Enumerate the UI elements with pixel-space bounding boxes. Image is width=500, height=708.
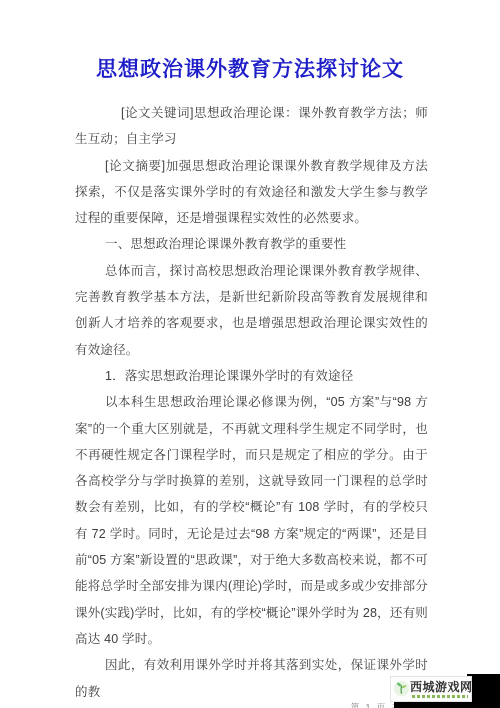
sprout-leaf-icon <box>393 680 410 697</box>
abstract-paragraph: [论文摘要]加强思想政治理论课课外教育教学规律及方法探索，不仅是落实课外学时的有… <box>75 153 428 232</box>
closing-paragraph: 因此，有效利用课外学时并将其落到实处，保证课外学时的教 <box>75 652 428 705</box>
subsection-1-body: 以本科生思想政治理论课必修课为例，“05 方案”与“98 方案”的一个重大区别就… <box>75 389 428 652</box>
watermark: 西城游戏网 <box>390 676 472 702</box>
section-1-heading: 一、思想政治理论课课外教育教学的重要性 <box>75 231 428 257</box>
page-title: 思想政治课外教育方法探讨论文 <box>0 56 500 84</box>
page-number: 第 1 页 共 8 页 <box>75 701 428 708</box>
subsection-1-heading: 1．落实思想政治理论课课外学时的有效途径 <box>75 363 428 389</box>
document-body: [论文关键词]思想政治理论课：课外教育教学方法；师生互动；自主学习 [论文摘要]… <box>75 100 428 705</box>
document-page: 思想政治课外教育方法探讨论文 [论文关键词]思想政治理论课：课外教育教学方法；师… <box>0 0 500 708</box>
watermark-tagline <box>412 695 468 698</box>
keywords-paragraph: [论文关键词]思想政治理论课：课外教育教学方法；师生互动；自主学习 <box>75 100 428 153</box>
watermark-site-name: 西城游戏网 <box>410 679 473 696</box>
section-1-body: 总体而言，探讨高校思想政治理论课课外教育教学规律、完善教育教学基本方法，是新世纪… <box>75 258 428 363</box>
